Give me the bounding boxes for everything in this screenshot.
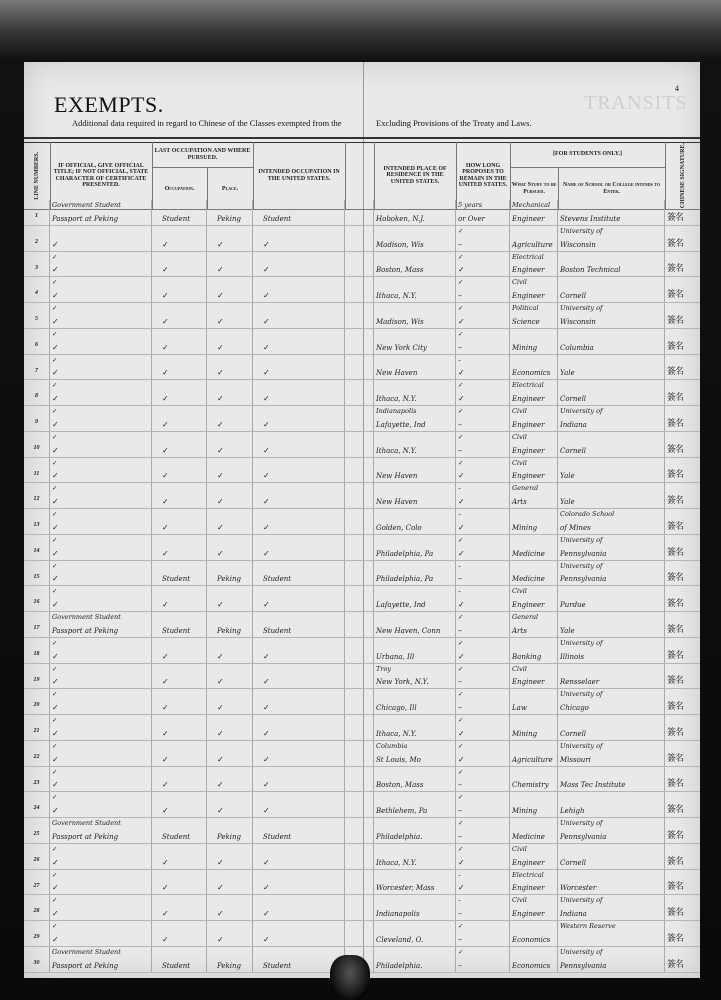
certificate-line1: Government Student [52,201,121,209]
residence-line1: Indianapolis [376,407,417,415]
last-place-cell: ✓ [207,741,253,766]
gutter-cell [345,586,374,611]
line-number-cell: 27 [24,870,50,895]
how-long-cell: ✓✓ [456,380,510,405]
last-occupation-value: ✓ [162,755,169,764]
certificate-line2: ✓ [52,549,59,558]
table-row: 26✓✓✓✓✓Ithaca, N.Y.✓✓CivilEngineerCornel… [24,844,700,870]
last-place-value: ✓ [217,523,224,532]
signature-glyph: 簽名 [667,957,683,970]
how-long-line1: – [458,562,461,570]
line-number-cell: 16 [24,586,50,611]
chinese-signature-cell: 簽名 [665,612,700,637]
certificate-cell: ✓✓ [50,664,152,689]
study-line2: Mining [512,807,537,815]
certificate-cell: ✓✓ [50,561,152,586]
how-long-line2: ✓ [458,394,465,403]
certificate-line1: Government Student [52,613,121,621]
school-cell: Cornell [558,432,665,457]
signature-glyph: 簽名 [667,416,683,429]
how-long-line2: ✓ [458,497,465,506]
study-line2: Mining [512,524,537,532]
study-cell: Medicine [510,561,558,586]
ledger-rows: 1Government StudentPassport at PekingStu… [24,200,700,973]
intended-occupation-value: ✓ [263,394,270,403]
signature-glyph: 簽名 [667,545,683,558]
school-cell: Columbia [558,329,665,354]
study-cell: CivilEngineer [510,406,558,431]
last-occupation-value: ✓ [162,652,169,661]
last-occupation-cell: ✓ [152,689,207,714]
how-long-line2: – [458,832,462,841]
how-long-cell: –✓ [456,870,510,895]
residence-line2: New York City [376,344,427,352]
school-line2: Lehigh [560,807,585,815]
last-occupation-value: ✓ [162,291,169,300]
certificate-line1: ✓ [52,278,57,286]
school-line2: Missouri [560,756,591,764]
school-line1: University of [560,639,602,647]
last-place-cell: ✓ [207,689,253,714]
how-long-line2: ✓ [458,652,465,661]
intended-occupation-value: Student [263,627,291,635]
signature-glyph: 簽名 [667,854,683,867]
study-line2: Agriculture [512,756,553,764]
certificate-line1: ✓ [52,356,57,364]
last-occupation-cell: ✓ [152,406,207,431]
line-number-cell: 25 [24,818,50,843]
last-place-cell: ✓ [207,458,253,483]
signature-glyph: 簽名 [667,442,683,455]
how-long-cell: ✓– [456,818,510,843]
chinese-signature-cell: 簽名 [665,561,700,586]
intended-occupation-cell: ✓ [253,355,345,380]
school-cell: Yale [558,612,665,637]
last-occupation-value: ✓ [162,883,169,892]
how-long-cell: 5 yearsor Over [456,200,510,225]
school-cell: Cornell [558,715,665,740]
study-line2: Chemistry [512,781,549,789]
intended-occupation-value: ✓ [263,883,270,892]
last-place-value: Peking [217,627,241,635]
certificate-cell: ✓✓ [50,277,152,302]
last-occupation-cell: Student [152,947,207,972]
how-long-line2: – [458,909,462,918]
residence-line1: Troy [376,665,391,673]
line-number-cell: 28 [24,895,50,920]
last-place-cell: ✓ [207,895,253,920]
signature-glyph: 簽名 [667,493,683,506]
gutter-cell [345,355,374,380]
gutter-cell [345,792,374,817]
binding-clip [330,955,370,1000]
last-place-value: ✓ [217,780,224,789]
residence-line2: New Haven [376,369,417,377]
line-number-cell: 21 [24,715,50,740]
certificate-line2: ✓ [52,600,59,609]
chinese-signature-cell: 簽名 [665,458,700,483]
chinese-signature-cell: 簽名 [665,303,700,328]
intended-occupation-value: ✓ [263,368,270,377]
how-long-line2: – [458,291,462,300]
certificate-line2: ✓ [52,883,59,892]
certificate-line2: ✓ [52,471,59,480]
school-line2: Boston Technical [560,266,621,274]
how-long-cell: ✓✓ [456,252,510,277]
last-place-value: ✓ [217,471,224,480]
school-line2: Yale [560,472,575,480]
header-students-only: [FOR STUDENTS ONLY.] [510,142,665,168]
last-place-cell: ✓ [207,329,253,354]
how-long-line2: – [458,420,462,429]
certificate-line2: ✓ [52,523,59,532]
residence-line2: Hoboken, N.J. [376,215,425,223]
last-occupation-cell: ✓ [152,226,207,251]
table-row: 10✓✓✓✓✓Ithaca, N.Y.✓–CivilEngineerCornel… [24,432,700,458]
certificate-cell: ✓✓ [50,844,152,869]
study-line1: Electrical [512,381,544,389]
last-occupation-cell: ✓ [152,664,207,689]
intended-occupation-cell: Student [253,818,345,843]
last-place-value: ✓ [217,394,224,403]
school-cell: Boston Technical [558,252,665,277]
residence-line2: Ithaca, N.Y. [376,447,417,455]
study-line2: Engineer [512,395,544,403]
intended-occupation-cell: ✓ [253,895,345,920]
how-long-line2: ✓ [458,883,465,892]
certificate-line1: ✓ [52,639,57,647]
how-long-line1: ✓ [458,459,463,467]
last-place-cell: ✓ [207,921,253,946]
study-cell: Economics [510,355,558,380]
last-occupation-value: ✓ [162,368,169,377]
certificate-line1: ✓ [52,896,57,904]
gutter-cell [345,895,374,920]
gutter-cell [345,509,374,534]
certificate-cell: ✓✓ [50,380,152,405]
last-place-cell: ✓ [207,483,253,508]
residence-line2: New Haven [376,472,417,480]
study-line1: Electrical [512,253,544,261]
table-row: 16✓✓✓✓✓Lafayette, Ind–✓CivilEngineerPurd… [24,586,700,612]
how-long-line2: – [458,961,462,970]
intended-occupation-value: ✓ [263,497,270,506]
residence-cell: Golden, Colo [374,509,456,534]
residence-cell: Ithaca, N.Y. [374,432,456,457]
last-place-cell: ✓ [207,303,253,328]
study-cell: Law [510,689,558,714]
intended-occupation-cell: ✓ [253,638,345,663]
table-row: 17Government StudentPassport at PekingSt… [24,612,700,638]
study-line2: Economics [512,369,550,377]
signature-glyph: 簽名 [667,596,683,609]
school-line2: Chicago [560,704,589,712]
certificate-cell: ✓✓ [50,586,152,611]
study-line2: Engineer [512,910,544,918]
line-number-cell: 9 [24,406,50,431]
last-place-cell: Peking [207,200,253,225]
chinese-signature-cell: 簽名 [665,355,700,380]
how-long-line2: – [458,240,462,249]
residence-line2: Philadelphia, Pa [376,550,433,558]
school-line2: Indiana [560,910,587,918]
table-row: 2✓✓✓✓Madison, Wis✓–AgricultureUniversity… [24,226,700,252]
school-cell: Colorado Schoolof Mines [558,509,665,534]
line-number-cell: 3 [24,252,50,277]
last-occupation-cell: Student [152,561,207,586]
gutter-cell [345,767,374,792]
chinese-signature-cell: 簽名 [665,329,700,354]
study-line2: Engineer [512,859,544,867]
study-line2: Engineer [512,884,544,892]
chinese-signature-cell: 簽名 [665,226,700,251]
school-line2: Wisconsin [560,318,596,326]
certificate-cell: ✓✓ [50,458,152,483]
line-number-cell: 2 [24,226,50,251]
residence-cell: Ithaca, N.Y. [374,380,456,405]
how-long-line1: ✓ [458,819,463,827]
last-place-cell: ✓ [207,535,253,560]
intended-occupation-value: ✓ [263,935,270,944]
line-number-cell: 26 [24,844,50,869]
table-row: 8✓✓✓✓✓Ithaca, N.Y.✓✓ElectricalEngineerCo… [24,380,700,406]
study-cell: Mining [510,792,558,817]
school-cell: Lehigh [558,792,665,817]
certificate-line1: ✓ [52,536,57,544]
certificate-line2: ✓ [52,265,59,274]
school-cell: Mass Tec Institute [558,767,665,792]
school-cell: University ofIllinois [558,638,665,663]
certificate-line1: ✓ [52,330,57,338]
intended-occupation-cell: ✓ [253,586,345,611]
gutter-cell [345,612,374,637]
how-long-cell: ✓– [456,947,510,972]
residence-line2: St Louis, Mo [376,756,421,764]
line-number-cell: 20 [24,689,50,714]
study-line2: Economics [512,936,550,944]
residence-cell: Philadelphia, Pa [374,535,456,560]
certificate-line2: Passport at Peking [52,627,118,635]
how-long-cell: ✓– [456,612,510,637]
last-place-cell: ✓ [207,715,253,740]
last-place-value: ✓ [217,291,224,300]
last-occupation-value: ✓ [162,780,169,789]
residence-cell: Indianapolis [374,895,456,920]
how-long-line2: ✓ [458,600,465,609]
certificate-line2: Passport at Peking [52,215,118,223]
last-occupation-cell: Student [152,818,207,843]
how-long-cell: –✓ [456,509,510,534]
certificate-line1: ✓ [52,562,57,570]
how-long-line2: ✓ [458,368,465,377]
certificate-line2: ✓ [52,652,59,661]
residence-line2: Worcester, Mass [376,884,434,892]
last-occupation-value: ✓ [162,600,169,609]
intended-occupation-value: Student [263,833,291,841]
chinese-signature-cell: 簽名 [665,406,700,431]
school-line2: Pennsylvania [560,575,606,583]
page-number: 4 [675,84,679,93]
school-line2: Cornell [560,292,586,300]
school-line1: University of [560,562,602,570]
how-long-cell: –✓ [456,483,510,508]
signature-glyph: 簽名 [667,776,683,789]
line-number-cell: 23 [24,767,50,792]
gutter-cell [345,818,374,843]
gutter-cell [345,406,374,431]
gutter-cell [345,535,374,560]
how-long-line1: ✓ [458,768,463,776]
table-row: 22✓✓✓✓✓ColumbiaSt Louis, Mo✓✓Agriculture… [24,741,700,767]
certificate-cell: ✓✓ [50,355,152,380]
how-long-line1: ✓ [458,407,463,415]
how-long-line1: – [458,871,461,879]
certificate-cell: ✓✓ [50,252,152,277]
certificate-line1: ✓ [52,381,57,389]
how-long-line1: ✓ [458,845,463,853]
signature-glyph: 簽名 [667,339,683,352]
residence-line2: Cleveland, O. [376,936,423,944]
how-long-line1: – [458,587,461,595]
how-long-line2: – [458,703,462,712]
table-row: 4✓✓✓✓✓Ithaca, N.Y.✓–CivilEngineerCornell… [24,277,700,303]
intended-occupation-value: ✓ [263,909,270,918]
last-occupation-cell: ✓ [152,277,207,302]
last-occupation-value: ✓ [162,806,169,815]
certificate-line2: Passport at Peking [52,833,118,841]
line-number-cell: 11 [24,458,50,483]
study-cell: Mining [510,509,558,534]
study-line2: Arts [512,498,527,506]
signature-glyph: 簽名 [667,751,683,764]
study-cell: ElectricalEngineer [510,380,558,405]
how-long-line1: ✓ [458,278,463,286]
gutter-cell [345,329,374,354]
study-line2: Engineer [512,447,544,455]
header-last-occupation: LAST OCCUPATION AND WHERE PURSUED. [152,142,253,168]
school-cell: University ofIndiana [558,895,665,920]
last-occupation-value: ✓ [162,935,169,944]
intended-occupation-cell: ✓ [253,664,345,689]
bleed-through-text: TRANSITS [584,92,688,115]
school-line2: Worcester [560,884,596,892]
residence-line2: Philadelphia. [376,833,422,841]
last-occupation-cell: Student [152,612,207,637]
school-line2: Indiana [560,421,587,429]
gutter-cell [345,741,374,766]
intended-occupation-value: ✓ [263,858,270,867]
signature-glyph: 簽名 [667,802,683,815]
residence-line2: Urbana, Ill [376,653,414,661]
last-place-cell: ✓ [207,277,253,302]
study-cell: CivilEngineer [510,277,558,302]
intended-occupation-value: ✓ [263,780,270,789]
school-line2: Cornell [560,447,586,455]
how-long-line1: ✓ [458,304,463,312]
study-line1: Civil [512,433,527,441]
school-cell: University ofPennsylvania [558,818,665,843]
residence-line2: Philadelphia. [376,962,422,970]
intended-occupation-cell: Student [253,561,345,586]
intended-occupation-value: ✓ [263,471,270,480]
last-occupation-cell: ✓ [152,329,207,354]
last-occupation-cell: ✓ [152,509,207,534]
how-long-cell: ✓– [456,277,510,302]
last-place-value: Peking [217,575,241,583]
how-long-line1: – [458,356,461,364]
last-place-cell: ✓ [207,355,253,380]
school-line1: University of [560,536,602,544]
study-cell: PoliticalScience [510,303,558,328]
school-line2: Cornell [560,859,586,867]
intended-occupation-value: ✓ [263,317,270,326]
last-place-value: ✓ [217,343,224,352]
school-line2: Pennsylvania [560,833,606,841]
school-cell: Yale [558,483,665,508]
study-line2: Arts [512,627,527,635]
gutter-cell [345,689,374,714]
last-place-cell: ✓ [207,638,253,663]
signature-glyph: 簽名 [667,236,683,249]
last-place-value: ✓ [217,265,224,274]
how-long-line2: ✓ [458,858,465,867]
study-line1: Civil [512,278,527,286]
last-place-value: ✓ [217,935,224,944]
chinese-signature-cell: 簽名 [665,715,700,740]
how-long-line1: ✓ [458,922,463,930]
study-line2: Engineer [512,266,544,274]
intended-occupation-value: ✓ [263,265,270,274]
school-cell: University ofPennsylvania [558,947,665,972]
study-cell: Mining [510,715,558,740]
table-row: 23✓✓✓✓✓Boston, Mass✓–ChemistryMass Tec I… [24,767,700,793]
school-cell: University ofWisconsin [558,226,665,251]
residence-line2: Ithaca, N.Y. [376,730,417,738]
certificate-line1: ✓ [52,922,57,930]
table-row: 29✓✓✓✓✓Cleveland, O.✓–EconomicsWestern R… [24,921,700,947]
subtitle-left: Additional data required in regard to Ch… [72,118,342,128]
school-cell: Purdue [558,586,665,611]
study-line1: General [512,613,538,621]
study-cell: ElectricalEngineer [510,870,558,895]
gutter-cell [345,870,374,895]
table-row: 6✓✓✓✓✓New York City✓–MiningColumbia簽名 [24,329,700,355]
chinese-signature-cell: 簽名 [665,200,700,225]
residence-line2: Ithaca, N.Y. [376,395,417,403]
school-line1: University of [560,690,602,698]
study-line2: Science [512,318,540,326]
certificate-cell: ✓✓ [50,303,152,328]
study-line2: Engineer [512,421,544,429]
study-cell: Medicine [510,818,558,843]
last-place-value: Peking [217,833,241,841]
school-line2: Yale [560,369,575,377]
intended-occupation-cell: ✓ [253,509,345,534]
how-long-cell: ✓✓ [456,535,510,560]
residence-cell: Ithaca, N.Y. [374,277,456,302]
school-cell: Worcester [558,870,665,895]
certificate-line2: ✓ [52,703,59,712]
last-place-value: Peking [217,215,241,223]
residence-cell: New Haven [374,458,456,483]
chinese-signature-cell: 簽名 [665,844,700,869]
residence-cell: Madison, Wis [374,226,456,251]
certificate-line2: ✓ [52,368,59,377]
residence-cell: Lafayette, Ind [374,586,456,611]
study-cell: Medicine [510,535,558,560]
how-long-cell: –✓ [456,355,510,380]
study-cell: Economics [510,947,558,972]
